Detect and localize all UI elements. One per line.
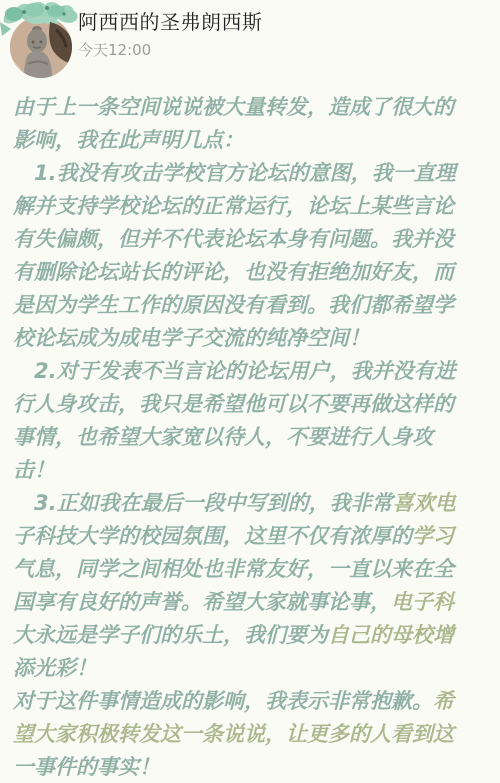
post-text-line: 校论坛成为成电学子交流的纯净空间！	[13, 322, 480, 355]
post-text-segment: 学习	[412, 524, 454, 548]
post-text-segment: 有删除论坛站长的评论，也没有拒绝加好友，而	[13, 260, 454, 284]
post-text-line: 击！	[13, 454, 480, 487]
post-text-segment: 行人身攻击，我只是希望他可以不要再做这样的	[13, 392, 454, 416]
post-text-line: 2.对于发表不当言论的论坛用户，我并没有进	[13, 355, 480, 388]
post-text-segment: 校论坛成为成电学子交流的纯净空间！	[13, 326, 370, 350]
post-text-segment: 自己的母校增	[328, 623, 454, 647]
post-text-segment: 由于上一条空间说说被大量转发，造成了很大的	[13, 95, 454, 119]
avatar[interactable]	[0, 0, 86, 86]
post-text-line: 一事件的事实！	[13, 751, 480, 783]
post-text-segment: 一事件的事实！	[13, 755, 160, 779]
post-text-segment: 电子科	[391, 590, 454, 614]
post-text-line: 1.我没有攻击学校官方论坛的意图，我一直理	[13, 157, 480, 190]
post-page: 阿西西的圣弗朗西斯 今天12:00 由于上一条空间说说被大量转发，造成了很大的影…	[0, 0, 500, 783]
post-text-segment: 国享有良好的声誉。希望大家就事论事，	[13, 590, 391, 614]
post-text-segment: 望大家积极转发这一条说说，让更多的人看到这	[13, 722, 454, 746]
post-text-segment: 子科技大学的校园氛围，这里不仅有浓厚的	[13, 524, 412, 548]
post-text-line: 气息，同学之间相处也非常友好，一直以来在全	[13, 553, 480, 586]
post-text-segment: 解并支持学校论坛的正常运行，论坛上某些言论	[13, 194, 454, 218]
post-text-segment: 有失偏颇，但并不代表论坛本身有问题。我并没	[13, 227, 454, 251]
post-text-line: 有删除论坛站长的评论，也没有拒绝加好友，而	[13, 256, 480, 289]
post-text-segment: 事情，也希望大家宽以待人，不要进行人身攻	[13, 425, 433, 449]
username[interactable]: 阿西西的圣弗朗西斯	[78, 10, 263, 35]
post-text-line: 行人身攻击，我只是希望他可以不要再做这样的	[13, 388, 480, 421]
post-text-segment: 希	[433, 689, 454, 713]
timestamp: 今天12:00	[78, 41, 263, 59]
post-text-line: 对于这件事情造成的影响，我表示非常抱歉。希	[13, 685, 480, 718]
post-text-segment: 添光彩！	[13, 656, 97, 680]
post-text-segment: 大永远是学子们的乐土，我们要为	[13, 623, 328, 647]
post-header: 阿西西的圣弗朗西斯 今天12:00	[0, 0, 500, 88]
post-text-line: 有失偏颇，但并不代表论坛本身有问题。我并没	[13, 223, 480, 256]
post-text-segment: 气息，同学之间相处也非常友好，一直以来在全	[13, 557, 454, 581]
header-text: 阿西西的圣弗朗西斯 今天12:00	[78, 10, 263, 59]
post-text-line: 由于上一条空间说说被大量转发，造成了很大的	[13, 91, 480, 124]
post-text-segment: 1.我没有攻击学校官方论坛的意图，我一直理	[34, 161, 456, 185]
post-text-segment: 影响，我在此声明几点：	[13, 128, 244, 152]
post-text-line: 解并支持学校论坛的正常运行，论坛上某些言论	[13, 190, 480, 223]
post-text-line: 添光彩！	[13, 652, 480, 685]
post-text-line: 子科技大学的校园氛围，这里不仅有浓厚的学习	[13, 520, 480, 553]
post-text-line: 望大家积极转发这一条说说，让更多的人看到这	[13, 718, 480, 751]
post-text-segment: 对于这件事情造成的影响，我表示非常抱歉。	[13, 689, 433, 713]
post-text-line: 3.正如我在最后一段中写到的，我非常喜欢电	[13, 487, 480, 520]
post-text-line: 是因为学生工作的原因没有看到。我们都希望学	[13, 289, 480, 322]
post-text-line: 影响，我在此声明几点：	[13, 124, 480, 157]
post-text-line: 事情，也希望大家宽以待人，不要进行人身攻	[13, 421, 480, 454]
avatar-photo	[10, 16, 72, 78]
post-text-line: 大永远是学子们的乐土，我们要为自己的母校增	[13, 619, 480, 652]
post-text-segment: 3.正如我在最后一段中写到的，我非常	[34, 491, 393, 515]
post-text-segment: 喜欢电	[393, 491, 456, 515]
post-text-segment: 是因为学生工作的原因没有看到。我们都希望学	[13, 293, 454, 317]
post-text-segment: 2.对于发表不当言论的论坛用户，我并没有进	[34, 359, 456, 383]
post-text-line: 国享有良好的声誉。希望大家就事论事，电子科	[13, 586, 480, 619]
post-text-segment: 击！	[13, 458, 55, 482]
post-body: 由于上一条空间说说被大量转发，造成了很大的影响，我在此声明几点：1.我没有攻击学…	[0, 88, 500, 783]
